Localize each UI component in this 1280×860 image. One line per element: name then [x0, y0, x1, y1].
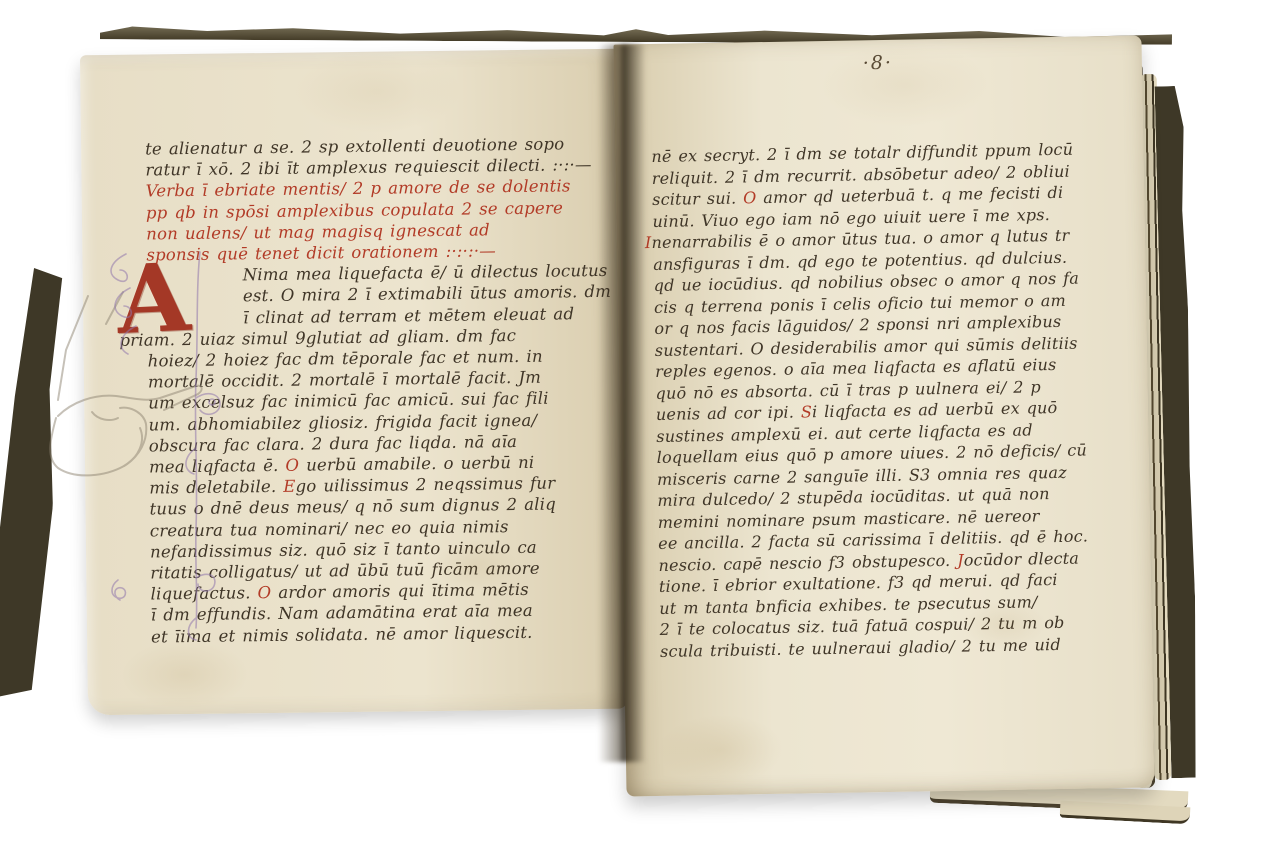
ink-text: go uilissimus 2 neqssimus fur — [295, 474, 555, 496]
ink-text: i liqfacta es ad uerbū ex quō — [812, 398, 1058, 421]
ink-text: uerbū amabile. o uerbū ni — [299, 453, 534, 475]
ink-text: scitur sui. — [652, 188, 743, 209]
rubricated-text: E — [283, 477, 295, 496]
rubricated-text: O — [257, 583, 271, 602]
rubricated-text: non ualens/ ut mag magisq ignescat ad — [146, 220, 490, 243]
ink-text: mea liqfacta ē. — [149, 456, 286, 477]
photo-background: A te alienatur a se. 2 sp extollenti deu… — [0, 0, 1280, 860]
right-page: ·8· nē ex secryt. 2 ī dm se totalr diffu… — [613, 35, 1154, 796]
left-page: A te alienatur a se. 2 sp extollenti deu… — [80, 49, 628, 716]
right-text-block: nē ex secryt. 2 ī dm se totalr diffundit… — [651, 138, 1116, 662]
rubricated-text: O — [285, 456, 299, 475]
rubricated-text: pp qb in spōsi amplexibus copulata 2 se … — [146, 198, 563, 222]
ink-text: mis deletabile. — [149, 477, 283, 498]
manuscript-line: et īima et nimis solidata. nē amor lique… — [151, 621, 587, 648]
rubricated-text: O — [743, 188, 757, 207]
ink-text: et īima et nimis solidata. nē amor lique… — [151, 623, 533, 647]
ink-text: uenis ad cor ipi. — [656, 402, 801, 424]
left-text-block: te alienatur a se. 2 sp extollenti deuot… — [145, 133, 587, 647]
ink-text: ī clinat ad terram et mētem eleuat ad — [243, 304, 574, 327]
ink-text: ardor amoris qui ītima mētis — [271, 580, 529, 602]
rubricated-text: S — [801, 402, 813, 421]
ink-text: est. O mira 2 ī extimabili ūtus amoris. … — [243, 282, 611, 305]
ink-text: amor qd ueterbuā t. q me fecisti di — [756, 183, 1063, 207]
page-number: ·8· — [614, 47, 1142, 78]
ink-text: liquefactus. — [150, 583, 257, 603]
ink-text: creatura tua nominari/ nec eo quia nimis — [150, 517, 509, 540]
gutter-shadow — [598, 44, 646, 762]
ink-text: ī dm effundis. Nam adamātina erat aīa me… — [151, 601, 533, 625]
ink-text: ocūdor dlecta — [964, 548, 1080, 569]
left-cover-edge — [0, 267, 65, 699]
rubricated-text: sponsis quē tenet dicit orationem :·:·:·… — [146, 241, 496, 264]
